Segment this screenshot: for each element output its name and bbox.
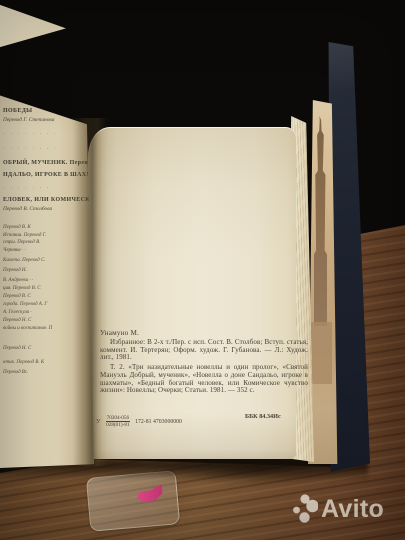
contents-line: · · · · · · · (3, 186, 51, 191)
contents-line: ПОБЕДЫ (3, 108, 32, 114)
tower-base-drawing (310, 322, 332, 384)
pink-marker (135, 484, 166, 506)
tower-drawing (314, 116, 327, 326)
contents-line: В. Андреева · · (3, 278, 33, 283)
contents-line: Перевод Г. Степанова (3, 117, 54, 123)
bbk-code: ББК 84.34Ис (245, 413, 281, 420)
page-corner-fold (0, 2, 66, 50)
contents-line: стры. Перевод В. (3, 240, 40, 245)
avito-logo-icon (292, 492, 318, 526)
contents-line: · · · · · · · · (3, 132, 58, 137)
author-line: Унамуно М. (100, 329, 308, 337)
contents-line: Перевод Н. (3, 268, 27, 273)
catalog-numerator: 70304-056 (106, 415, 130, 422)
contents-line: ция. Перевод В. С (3, 286, 41, 291)
annotation-paragraph: Т. 2. «Три назидательные новеллы и один … (100, 364, 308, 395)
right-page: Унамуно М. У58 Избранное: В 2-х т./Пер. … (88, 127, 296, 459)
contents-line: Черняка · · (3, 248, 26, 253)
avito-watermark-label: Avito (321, 495, 384, 524)
catalog-fraction: 70304-056 028(01)-81 (106, 415, 130, 428)
catalog-denominator: 028(01)-81 (106, 422, 130, 428)
bibliographic-paragraph: Избранное: В 2-х т./Пер. с исп. Сост. В.… (100, 339, 308, 362)
contents-line: · · · · · · · · (3, 147, 58, 152)
book-gutter-shadow (72, 118, 108, 466)
contents-line: Перевод Н. С (3, 318, 31, 323)
contents-line: Перевод В. Столбова (3, 206, 52, 212)
catalog-number-row: У 70304-056 028(01)-81 172-81 4703000000… (96, 415, 308, 428)
book-photo-scene: Унамуно М. У58 Избранное: В 2-х т./Пер. … (0, 0, 405, 540)
contents-line: Перевод Вс. (3, 370, 28, 375)
contents-line: войны и воспитание. П (3, 326, 52, 331)
contents-line: А. Гелескула · (3, 310, 32, 315)
contents-line: Перевод В. К (3, 225, 31, 230)
contents-line: Кихота. Перевод С. (3, 258, 46, 263)
contents-line: Перевод В. С (3, 294, 31, 299)
avito-watermark: Avito (292, 492, 384, 526)
catalog-code: 172-81 4703000000 (135, 419, 182, 425)
contents-line: города. Перевод А. Г (3, 302, 47, 307)
contents-line: Испании. Перевод Г. (3, 233, 46, 238)
contents-line: нтик. Перевод В. К (3, 360, 44, 365)
contents-line: Перевод Н. С (3, 346, 31, 351)
